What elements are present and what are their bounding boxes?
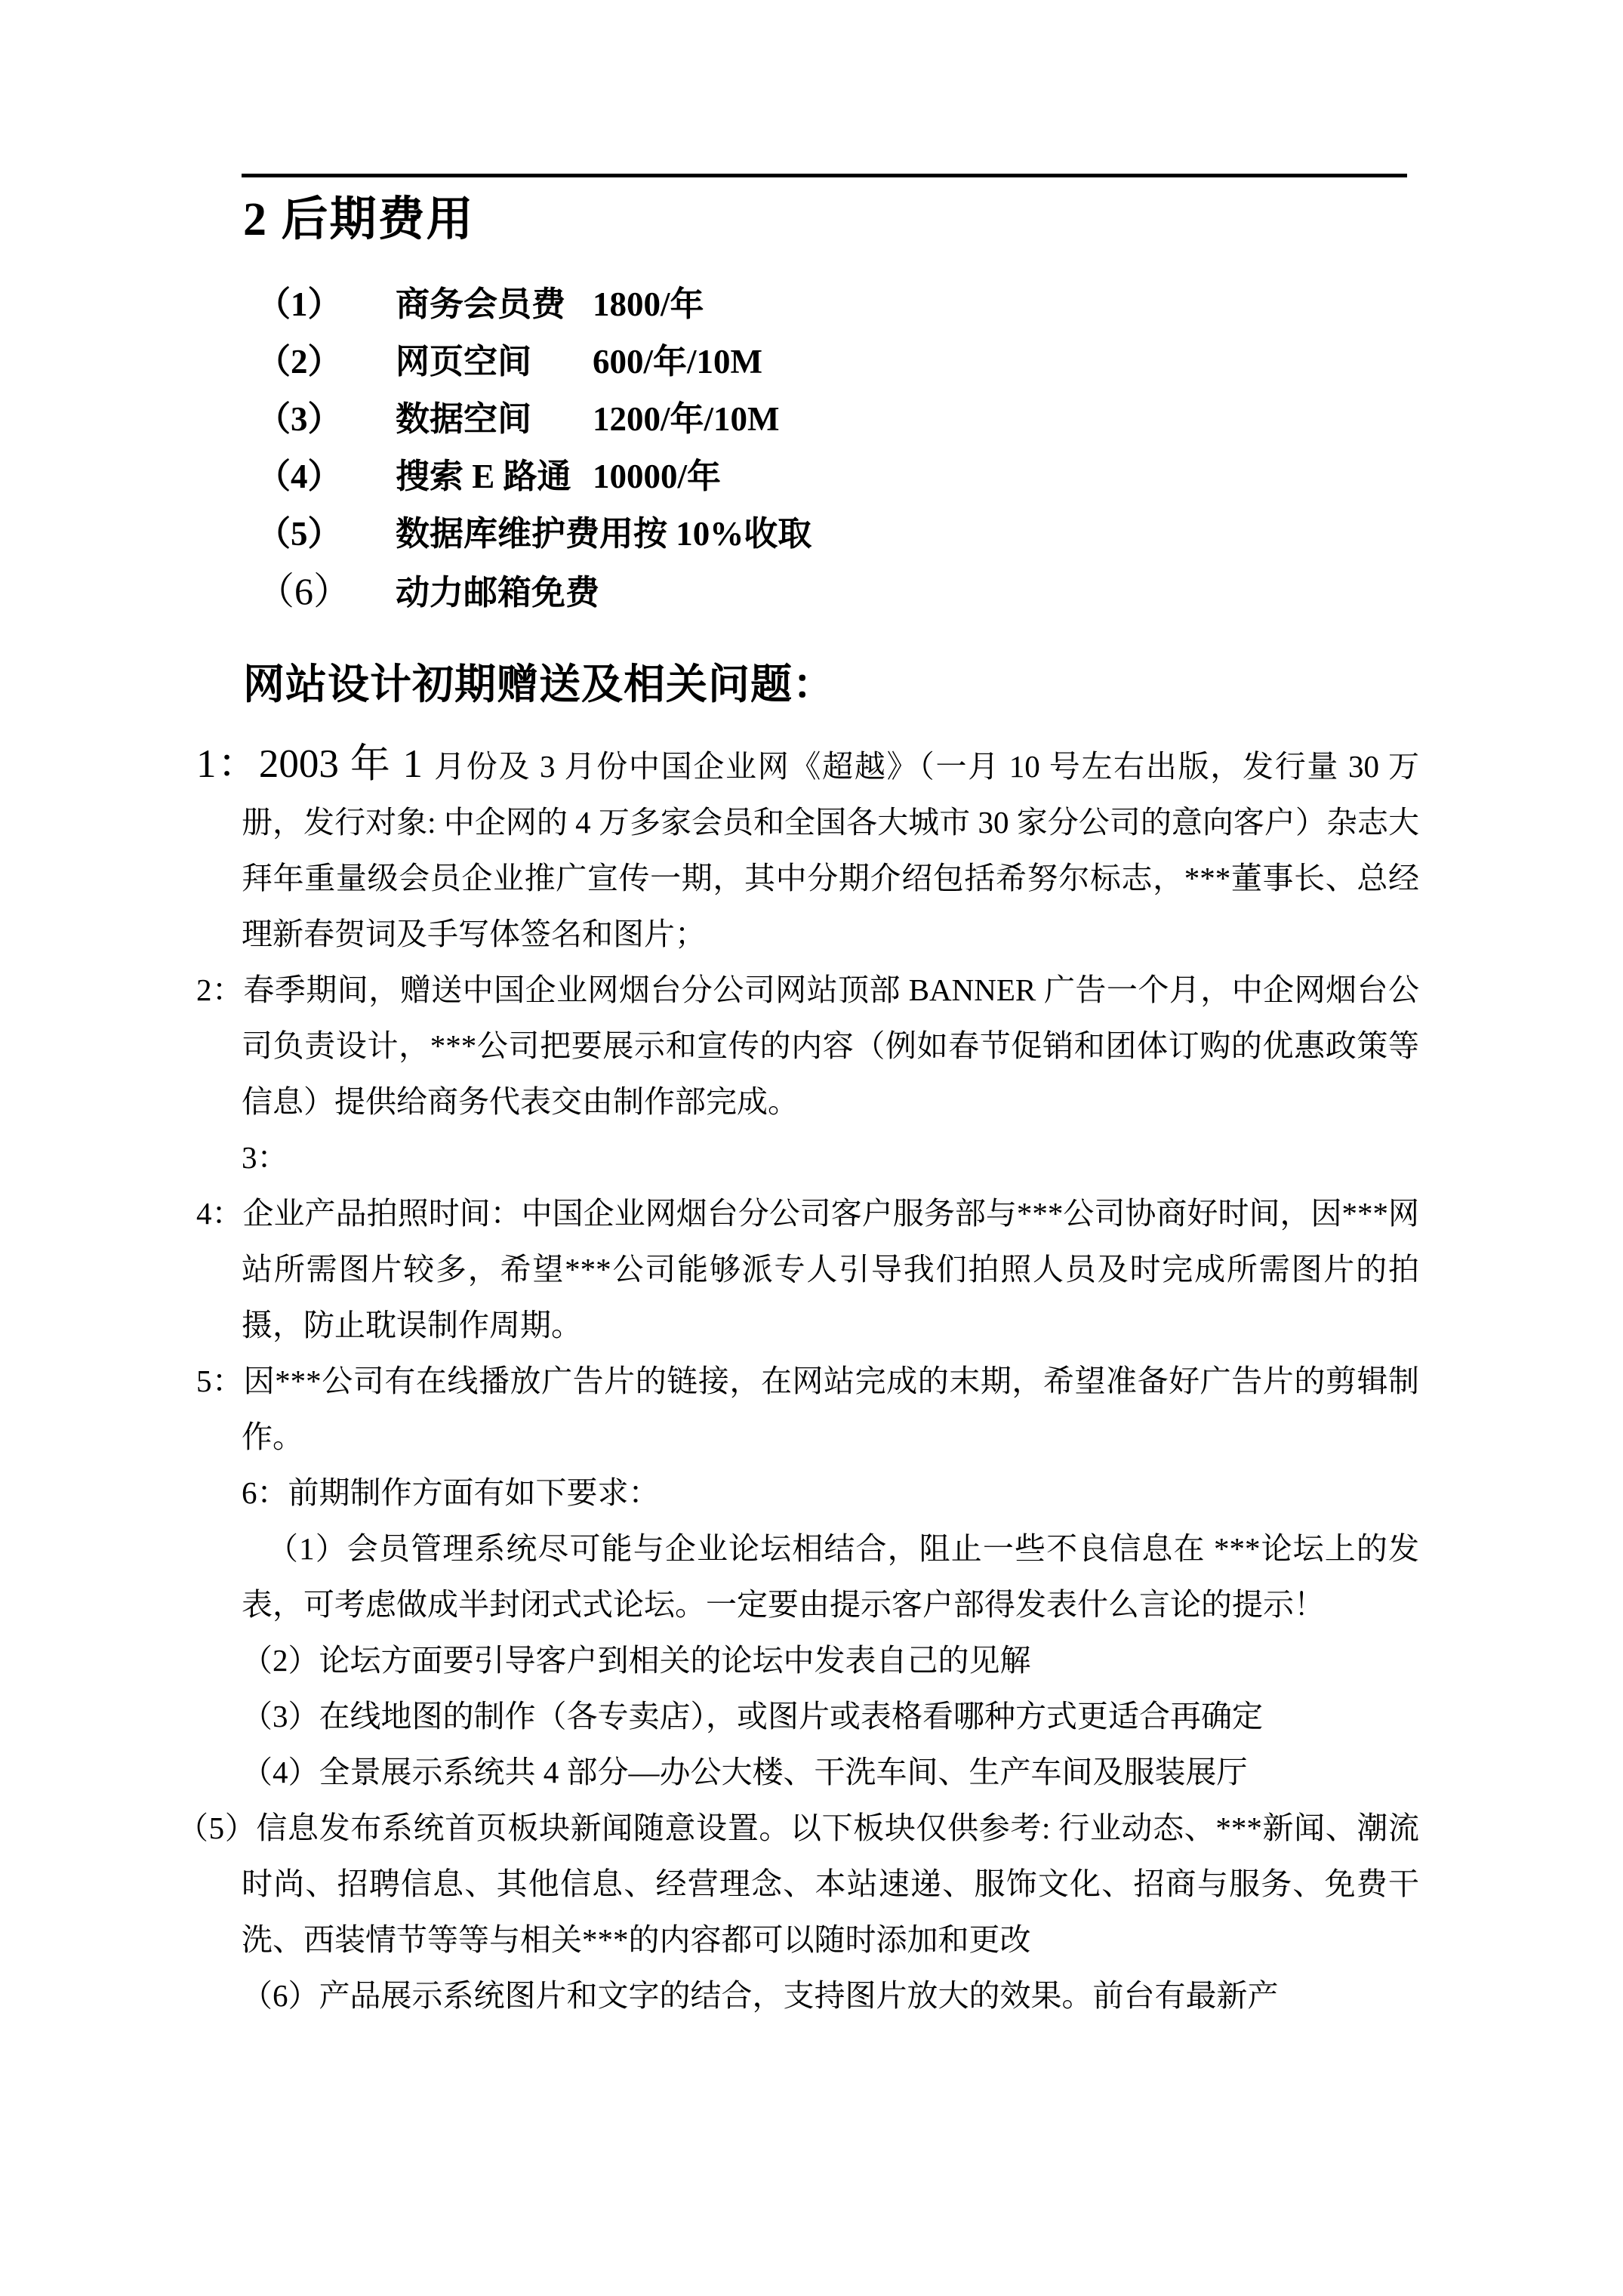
header-rule bbox=[242, 174, 1407, 177]
section-title: 网站设计初期赠送及相关问题： bbox=[243, 658, 835, 711]
fee-label: 动力邮箱免费 bbox=[396, 574, 599, 612]
fee-number: （5） bbox=[257, 505, 396, 562]
note-2: 2：春季期间，赠送中国企业网烟台分公司网站顶部 BANNER 广告一个月，中企网… bbox=[242, 962, 1419, 1130]
fee-item: （2）网页空间 600/年/10M bbox=[242, 333, 1419, 390]
fee-value: 1800/年 bbox=[593, 276, 704, 333]
note-6-sub-4: （4）全景展示系统共 4 部分—办公大楼、干洗车间、生产车间及服装展厅 bbox=[242, 1744, 1419, 1800]
note-6-sub-1: （1）会员管理系统尽可能与企业论坛相结合，阻止一些不良信息在 ***论坛上的发表… bbox=[242, 1521, 1419, 1632]
note-6-sub-6: （6）产品展示系统图片和文字的结合，支持图片放大的效果。前台有最新产 bbox=[242, 1968, 1419, 2023]
fee-label: 数据空间 bbox=[396, 400, 531, 438]
fee-item: （4）搜索 E 路通 10000/年 bbox=[242, 448, 1419, 505]
fee-item: （3）数据空间 1200/年/10M bbox=[242, 390, 1419, 448]
fee-label: 数据库维护费用按 10%收取 bbox=[396, 515, 811, 553]
page-title: 2 后期费用 bbox=[243, 193, 475, 246]
document-page: 2 后期费用 （1）商务会员费 1800/年 （2）网页空间 600/年/10M… bbox=[0, 0, 1623, 2296]
fee-number: （3） bbox=[257, 390, 396, 448]
fee-value: 10000/年 bbox=[593, 448, 721, 505]
fee-number: （1） bbox=[257, 276, 396, 333]
note-1: 1：2003 年 1 月份及 3 月份中国企业网《超越》（一月 10 号左右出版… bbox=[242, 736, 1419, 962]
fee-item: （1）商务会员费 1800/年 bbox=[242, 276, 1419, 333]
note-5: 5：因***公司有在线播放广告片的链接，在网站完成的末期，希望准备好广告片的剪辑… bbox=[242, 1353, 1419, 1465]
fee-value: 600/年/10M bbox=[593, 333, 762, 390]
fee-item: （6）动力邮箱免费 bbox=[242, 562, 1419, 620]
fee-label: 网页空间 bbox=[396, 343, 531, 381]
fee-item: （5）数据库维护费用按 10%收取 bbox=[242, 505, 1419, 562]
fee-number: （2） bbox=[257, 333, 396, 390]
fee-list: （1）商务会员费 1800/年 （2）网页空间 600/年/10M （3）数据空… bbox=[242, 276, 1419, 620]
note-3: 3： bbox=[242, 1130, 1419, 1185]
note-6-sub-3: （3）在线地图的制作（各专卖店），或图片或表格看哪种方式更适合再确定 bbox=[242, 1688, 1419, 1744]
fee-label: 商务会员费 bbox=[396, 285, 565, 323]
fee-value: 1200/年/10M bbox=[593, 390, 779, 448]
fee-number: （6） bbox=[257, 562, 396, 620]
note-4: 4：企业产品拍照时间：中国企业网烟台分公司客户服务部与***公司协商好时间，因*… bbox=[242, 1185, 1419, 1353]
fee-label: 搜索 E 路通 bbox=[396, 458, 571, 495]
note-6-sub-2: （2）论坛方面要引导客户到相关的论坛中发表自己的见解 bbox=[242, 1632, 1419, 1688]
notes-body: 1：2003 年 1 月份及 3 月份中国企业网《超越》（一月 10 号左右出版… bbox=[242, 736, 1419, 2023]
note-1-prefix: 1：2003 年 1 bbox=[196, 742, 434, 786]
note-6: 6：前期制作方面有如下要求： bbox=[242, 1465, 1419, 1521]
note-6-sub-5: （5）信息发布系统首页板块新闻随意设置。以下板块仅供参考: 行业动态、***新闻… bbox=[242, 1800, 1419, 1968]
fee-number: （4） bbox=[257, 448, 396, 505]
